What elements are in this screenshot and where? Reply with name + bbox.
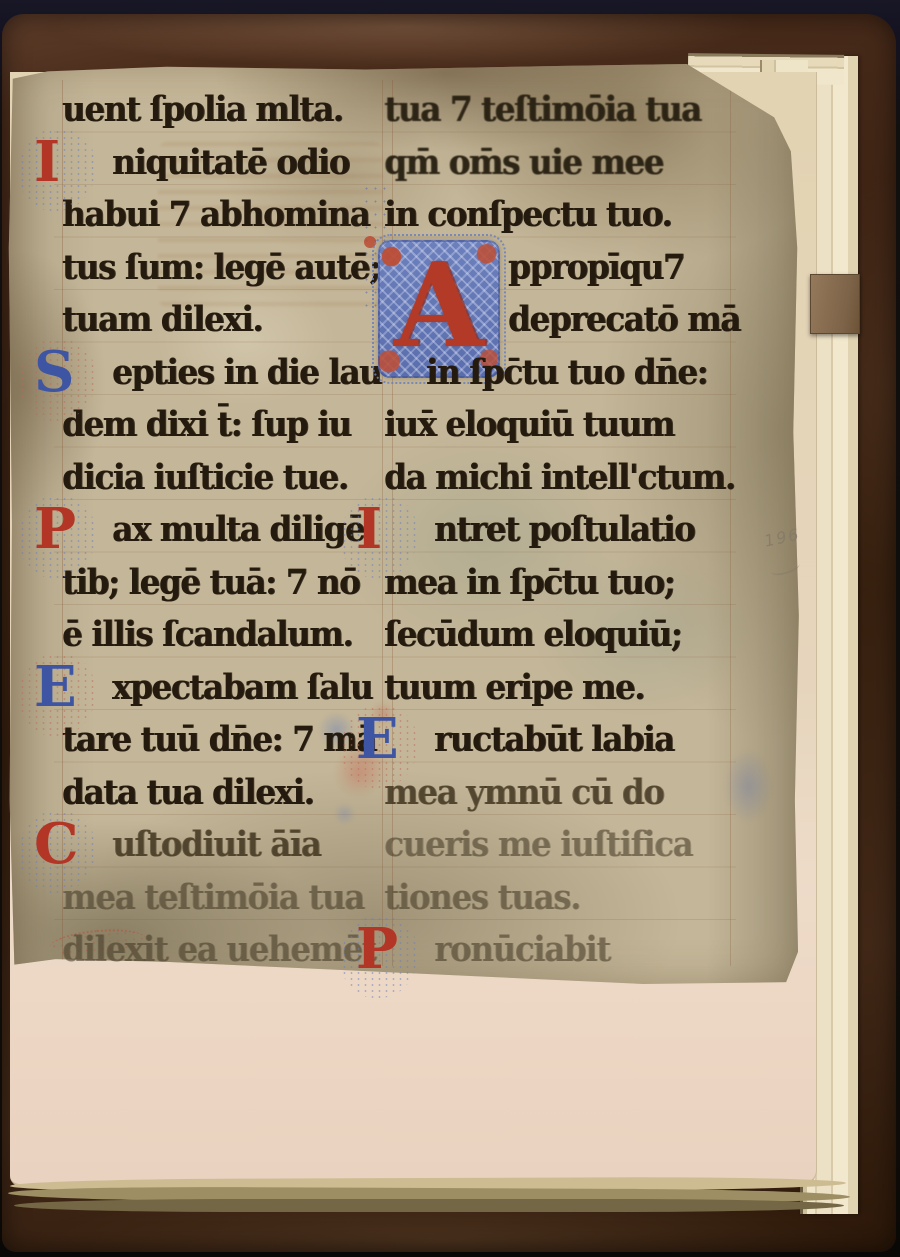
- line-text: ē illis ſcandalum.: [62, 609, 352, 662]
- text-line: Eructabūt labia: [384, 714, 728, 767]
- text-line: tus ſum: legē autē;: [62, 242, 378, 295]
- line-text: tiones tuas.: [384, 872, 580, 925]
- text-line: data tua dilexi.: [62, 767, 378, 820]
- line-text: in conſpectu tuo.: [384, 189, 671, 242]
- decorated-initial: E: [356, 709, 399, 769]
- line-text: niquitatē odio: [112, 137, 349, 190]
- text-line: ppropīqu7: [384, 242, 728, 295]
- line-text: epties in die lau: [112, 347, 381, 400]
- line-text: mea in ſpc̄tu tuo;: [384, 557, 674, 610]
- line-text: tib; legē tuā: 7 nō: [62, 557, 359, 610]
- text-line: mea ymnū cū do: [384, 767, 728, 820]
- decorated-initial: I: [356, 499, 382, 559]
- decorated-initial: C: [34, 814, 79, 874]
- line-text: habui 7 abhomina: [62, 189, 369, 242]
- text-line: uent ſpolia mlta.: [62, 84, 378, 137]
- text-column-right: tua 7 teſtimōia tuaqm̄ om̄s uie meein co…: [384, 84, 728, 977]
- line-text: dicia iuſticie tue.: [62, 452, 348, 505]
- text-line: ſecūdum eloquiū;: [384, 609, 728, 662]
- page-edge-layer: [14, 1199, 844, 1212]
- line-text: tus ſum: legē autē;: [62, 242, 380, 295]
- line-text: uſtodiuit āīa: [112, 819, 320, 872]
- text-line: Intret poſtulatio: [384, 504, 728, 557]
- line-text: xpectabam ſalu: [112, 662, 372, 715]
- line-text: iux̄ eloquiū tuum: [384, 399, 674, 452]
- line-text: tuam dilexi.: [62, 294, 262, 347]
- bottom-page-edges: [8, 1178, 848, 1222]
- line-text: tare tuū dn̄e: 7 mā: [62, 714, 376, 767]
- line-text: deprecatō mā: [508, 294, 740, 347]
- text-line: in ſpc̄tu tuo dn̄e:: [384, 347, 728, 400]
- text-line: mea teſtimōia tua: [62, 872, 378, 925]
- text-line: Expectabam ſalu: [62, 662, 378, 715]
- decorated-initial: I: [34, 132, 60, 192]
- text-line: dicia iuſticie tue.: [62, 452, 378, 505]
- line-text: dilexit ea uehemēt: [62, 924, 375, 977]
- text-line: mea in ſpc̄tu tuo;: [384, 557, 728, 610]
- text-line: iux̄ eloquiū tuum: [384, 399, 728, 452]
- text-line: da michi intell'ctum.: [384, 452, 728, 505]
- line-text: qm̄ om̄s uie mee: [384, 137, 663, 190]
- text-line: tuam dilexi.: [62, 294, 378, 347]
- line-text: mea teſtimōia tua: [62, 872, 364, 925]
- line-text: da michi intell'ctum.: [384, 452, 735, 505]
- line-text: data tua dilexi.: [62, 767, 313, 820]
- line-text: ronūciabit: [434, 924, 610, 977]
- decorated-initial: S: [34, 342, 74, 402]
- text-line: Pax multa diligē: [62, 504, 378, 557]
- line-text: mea ymnū cū do: [384, 767, 663, 820]
- text-line: dilexit ea uehemēt: [62, 924, 378, 977]
- line-text: cueris me iuſtifica: [384, 819, 692, 872]
- decorated-initial: P: [34, 499, 76, 559]
- text-line: qm̄ om̄s uie mee: [384, 137, 728, 190]
- text-line: ē illis ſcandalum.: [62, 609, 378, 662]
- text-line: tib; legē tuā: 7 nō: [62, 557, 378, 610]
- text-line: tuum eripe me.: [384, 662, 728, 715]
- text-line: Cuſtodiuit āīa: [62, 819, 378, 872]
- text-line: deprecatō mā: [384, 294, 728, 347]
- line-text: in ſpc̄tu tuo dn̄e:: [426, 347, 707, 400]
- decorated-initial: P: [356, 919, 398, 979]
- decorated-initial: E: [34, 657, 77, 717]
- text-line: tiones tuas.: [384, 872, 728, 925]
- text-line: dem dixi t̄: ſup iu: [62, 399, 378, 452]
- bookmark-tab: [810, 274, 860, 334]
- text-line: cueris me iuſtifica: [384, 819, 728, 872]
- line-text: ppropīqu7: [508, 242, 684, 295]
- text-line: tare tuū dn̄e: 7 mā: [62, 714, 378, 767]
- line-text: tua 7 teſtimōia tua: [384, 84, 700, 137]
- line-text: uent ſpolia mlta.: [62, 84, 343, 137]
- text-line: in conſpectu tuo.: [384, 189, 728, 242]
- text-column-left: uent ſpolia mlta.Iniquitatē odiohabui 7 …: [62, 84, 378, 977]
- text-line: Pronūciabit: [384, 924, 728, 977]
- text-line: Iniquitatē odio: [62, 137, 378, 190]
- text-line: Septies in die lau: [62, 347, 378, 400]
- line-text: tuum eripe me.: [384, 662, 644, 715]
- text-line: tua 7 teſtimōia tua: [384, 84, 728, 137]
- line-text: ructabūt labia: [434, 714, 674, 767]
- text-line: habui 7 abhomina: [62, 189, 378, 242]
- line-text: dem dixi t̄: ſup iu: [62, 399, 351, 452]
- line-text: ſecūdum eloquiū;: [384, 609, 681, 662]
- line-text: ax multa diligē: [112, 504, 364, 557]
- manuscript-photo: uent ſpolia mlta.Iniquitatē odiohabui 7 …: [0, 0, 900, 1257]
- line-text: ntret poſtulatio: [434, 504, 694, 557]
